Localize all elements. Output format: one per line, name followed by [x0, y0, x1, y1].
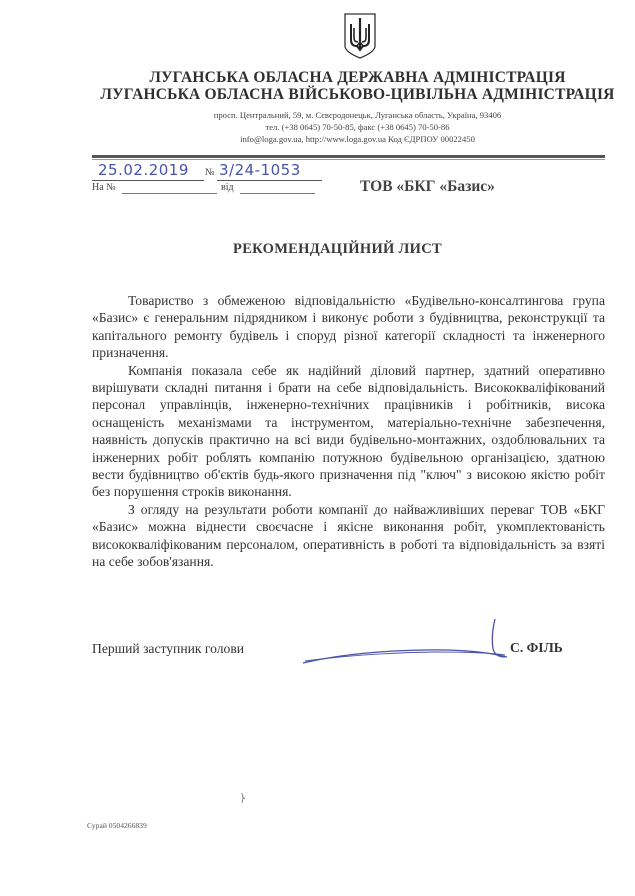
reference-date-label: від: [221, 182, 234, 193]
paragraph: Товариство з обмеженою відповідальністю …: [92, 292, 605, 362]
signer-position: Перший заступник голови: [92, 641, 244, 657]
paragraph: З огляду на результати роботи компанії д…: [92, 501, 605, 571]
scan-mark-icon: [240, 792, 246, 804]
registration-number: 3/24-1053: [219, 161, 301, 179]
coat-of-arms-icon: [343, 12, 377, 60]
signer-name: С. ФІЛЬ: [510, 640, 563, 656]
phone-fax-line: тел. (+38 0645) 70-50-85, факс (+38 0645…: [40, 122, 635, 132]
org-name-line-2: ЛУГАНСЬКА ОБЛАСНА ВІЙСЬКОВО-ЦИВІЛЬНА АДМ…: [40, 86, 635, 104]
header-separator: [92, 155, 605, 158]
reference-date-blank: [240, 193, 315, 194]
org-name-line-1: ЛУГАНСЬКА ОБЛАСНА ДЕРЖАВНА АДМІНІСТРАЦІЯ: [40, 69, 635, 87]
email-website-line: info@loga.gov.ua, http://www.loga.gov.ua…: [40, 134, 635, 144]
registration-date: 25.02.2019: [98, 161, 189, 179]
date-underline: [92, 180, 204, 181]
addressee: ТОВ «БКГ «Базис»: [360, 178, 495, 196]
header-separator-thin: [92, 159, 605, 160]
footer-contact-note: Сурай 0504266839: [87, 821, 147, 830]
registration-number-label: №: [205, 167, 215, 178]
reference-number-blank: [122, 193, 217, 194]
registration-line: 25.02.2019 № 3/24-1053: [92, 161, 322, 183]
number-underline: [217, 180, 322, 181]
document-title: РЕКОМЕНДАЦІЙНИЙ ЛИСТ: [0, 241, 635, 258]
handwritten-signature-icon: [295, 615, 515, 670]
paragraph: Компанія показала себе як надійний ділов…: [92, 362, 605, 501]
letter-body: Товариство з обмеженою відповідальністю …: [92, 292, 605, 571]
reference-number-label: На №: [92, 182, 116, 193]
address-line: просп. Центральний, 59, м. Сєвєродонецьк…: [40, 110, 635, 120]
